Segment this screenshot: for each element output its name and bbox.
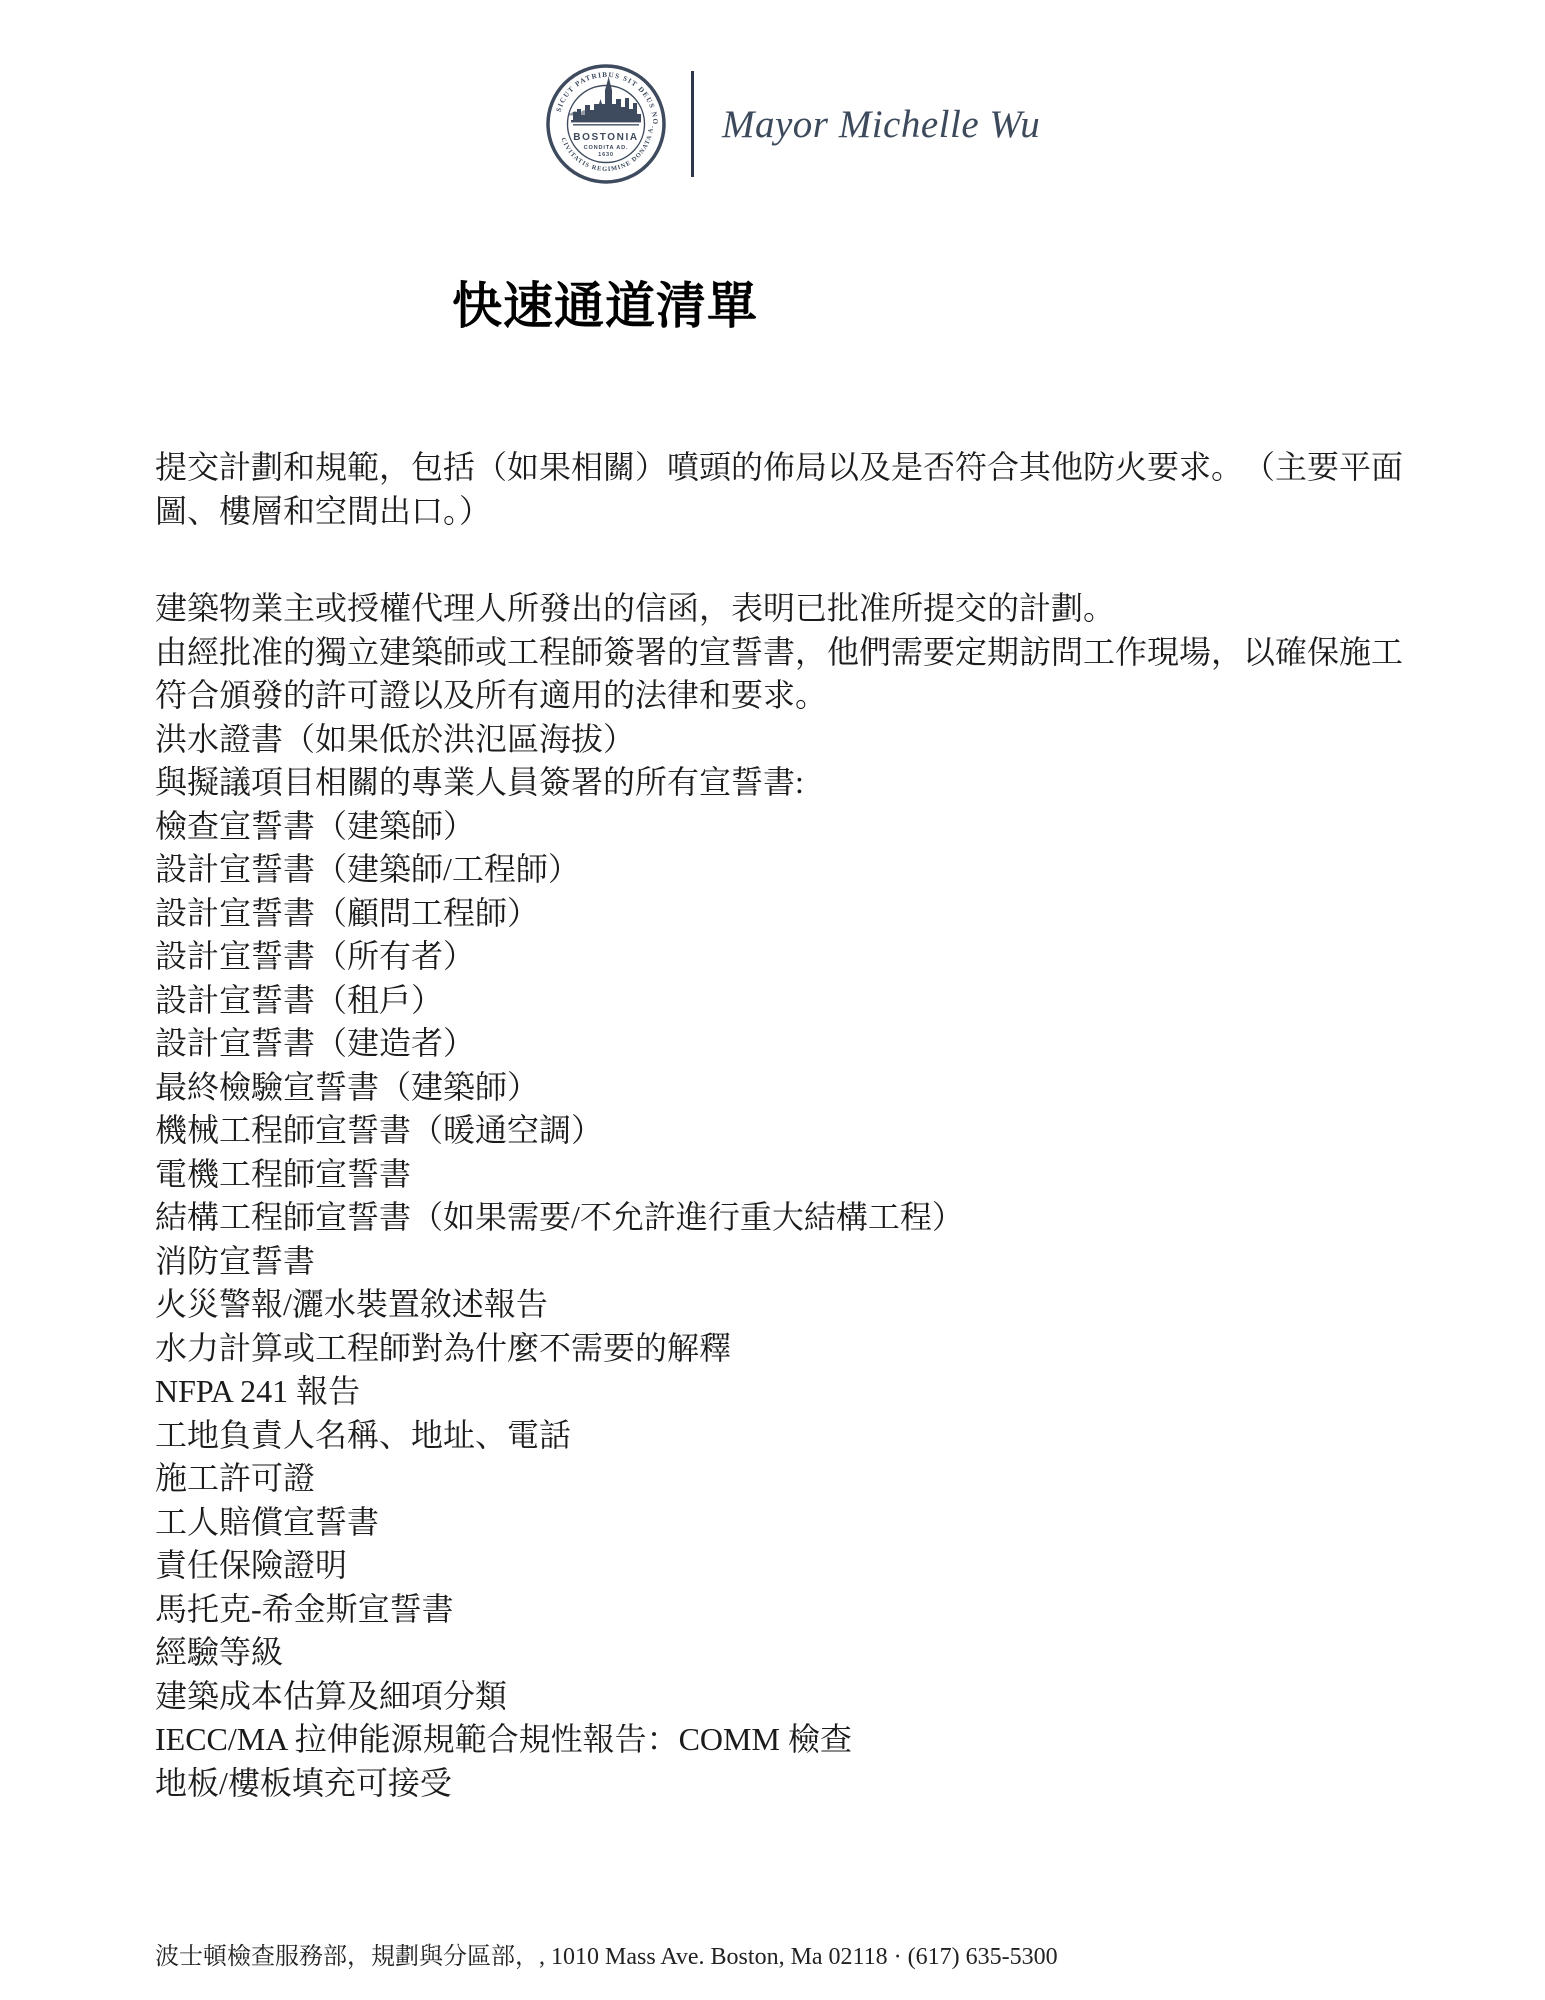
intro-paragraph: 提交計劃和規範，包括（如果相關）噴頭的佈局以及是否符合其他防火要求。 （主要平面… bbox=[155, 446, 1405, 533]
checklist-item: 責任保險證明 bbox=[155, 1544, 1405, 1588]
header-divider bbox=[691, 71, 694, 177]
boston-city-seal-icon: SICUT PATRIBUS SIT DEUS NOBIS CIVITATIS … bbox=[543, 58, 669, 190]
seal-year: 1630 bbox=[598, 152, 614, 158]
checklist-item: 工人賠償宣誓書 bbox=[155, 1501, 1405, 1545]
mayor-name: Mayor Michelle Wu bbox=[722, 102, 1040, 147]
checklist-item: 地板/樓板填充可接受 bbox=[155, 1762, 1405, 1806]
page-title: 快速通道清單 bbox=[452, 266, 758, 338]
checklist-item: 建築成本估算及細項分類 bbox=[155, 1675, 1405, 1719]
footer-address: 波士頓檢查服務部，規劃與分區部，, 1010 Mass Ave. Boston,… bbox=[155, 1936, 1058, 1971]
checklist-item: 設計宣誓書（所有者） bbox=[155, 935, 1405, 979]
checklist-item: 經驗等級 bbox=[155, 1631, 1405, 1675]
checklist-item: 檢查宣誓書（建築師） bbox=[155, 805, 1405, 849]
checklist-item: 電機工程師宣誓書 bbox=[155, 1153, 1405, 1197]
checklist-item: 最終檢驗宣誓書（建築師） bbox=[155, 1066, 1405, 1110]
checklist-item: 由經批准的獨立建築師或工程師簽署的宣誓書，他們需要定期訪問工作現場，以確保施工符… bbox=[155, 631, 1405, 718]
checklist-item: 設計宣誓書（顧問工程師） bbox=[155, 892, 1405, 936]
checklist-item: 建築物業主或授權代理人所發出的信函，表明已批准所提交的計劃。 bbox=[155, 587, 1405, 631]
seal-city-name: BOSTONIA bbox=[573, 132, 638, 143]
checklist-item: NFPA 241 報告 bbox=[155, 1370, 1405, 1414]
checklist-item: 消防宣誓書 bbox=[155, 1240, 1405, 1284]
checklist-item: 設計宣誓書（建造者） bbox=[155, 1022, 1405, 1066]
checklist-item: IECC/MA 拉伸能源規範合規性報告：COMM 檢查 bbox=[155, 1718, 1405, 1762]
checklist-item: 工地負責人名稱、地址、電話 bbox=[155, 1414, 1405, 1458]
checklist-item: 洪水證書（如果低於洪氾區海拔） bbox=[155, 718, 1405, 762]
seal-condita: CONDITA AD. bbox=[584, 145, 629, 151]
checklist-item: 結構工程師宣誓書（如果需要/不允許進行重大結構工程） bbox=[155, 1196, 1405, 1240]
checklist-item: 設計宣誓書（租戶） bbox=[155, 979, 1405, 1023]
checklist-item: 設計宣誓書（建築師/工程師） bbox=[155, 848, 1405, 892]
checklist-item: 水力計算或工程師對為什麼不需要的解釋 bbox=[155, 1327, 1405, 1371]
page-header: SICUT PATRIBUS SIT DEUS NOBIS CIVITATIS … bbox=[543, 58, 1040, 190]
checklist-item: 與擬議項目相關的專業人員簽署的所有宣誓書: bbox=[155, 761, 1405, 805]
checklist-item: 施工許可證 bbox=[155, 1457, 1405, 1501]
checklist-item: 馬托克-希金斯宣誓書 bbox=[155, 1588, 1405, 1632]
checklist-item: 機械工程師宣誓書（暖通空調） bbox=[155, 1109, 1405, 1153]
checklist-item: 火災警報/灑水裝置敘述報告 bbox=[155, 1283, 1405, 1327]
document-body: 提交計劃和規範，包括（如果相關）噴頭的佈局以及是否符合其他防火要求。 （主要平面… bbox=[155, 446, 1405, 1805]
